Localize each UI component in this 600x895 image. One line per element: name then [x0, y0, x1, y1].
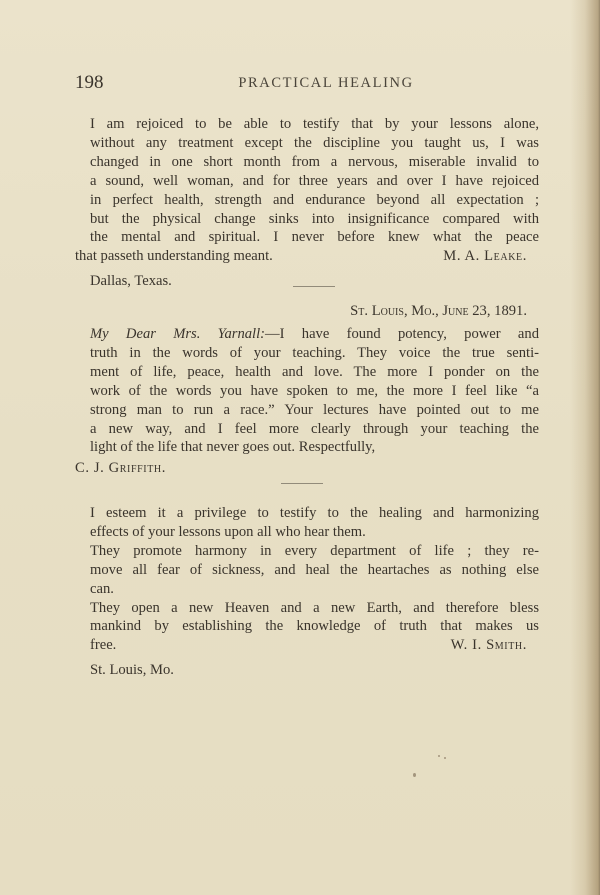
paragraph: I am rejoiced to be able to testify that… [75, 115, 539, 266]
text-line: I esteem it a privilege to testify to th… [75, 504, 539, 523]
text-line: a sound, well woman, and for three years… [75, 172, 539, 191]
dateline: St. Louis, Mo., June 23, 1891. [75, 303, 527, 320]
signature: C. J. Griffith. [75, 460, 166, 476]
text-line: effects of your lessons upon all who hea… [75, 523, 539, 542]
text-line: I am rejoiced to be able to testify that… [75, 115, 539, 134]
text-line: light of the life that never goes out. R… [75, 438, 539, 457]
separator-rule [293, 286, 335, 287]
text-line: move all fear of sickness, and heal the … [75, 561, 539, 580]
paragraph: They promote harmony in every department… [75, 542, 539, 599]
signature: W. I. Smith. [436, 636, 527, 655]
text-line: mankind by establishing the knowledge of… [75, 617, 539, 636]
paper-speck [438, 755, 440, 757]
text-line: ment of life, peace, health and love. Th… [75, 363, 539, 382]
text-line: They promote harmony in every department… [75, 542, 539, 561]
paragraph: My Dear Mrs. Yarnall:—I have found poten… [75, 325, 539, 457]
testimonial-griffith: My Dear Mrs. Yarnall:—I have found poten… [75, 325, 539, 478]
text-line: without any treatment except the discipl… [75, 134, 539, 153]
place-line: Dallas, Texas. [90, 272, 539, 291]
text-line: a new way, and I feel more clearly throu… [75, 420, 539, 439]
text-line: strong man to run a race.” Your lectures… [75, 401, 539, 420]
text-line: They open a new Heaven and a new Earth, … [75, 599, 539, 618]
paper-speck [444, 757, 446, 759]
salutation: My Dear Mrs. Yarnall: [90, 326, 265, 342]
text-line: but the physical change sinks into insig… [75, 210, 539, 229]
signature-row: C. J. Griffith. [75, 459, 539, 478]
text-line-content: that passeth understanding meant. [75, 248, 273, 264]
text-line: free.W. I. Smith. [75, 636, 539, 655]
paper-speck [413, 773, 416, 777]
paragraph: They open a new Heaven and a new Earth, … [75, 599, 539, 656]
text-line: truth in the words of your teaching. The… [75, 344, 539, 363]
paragraph: I esteem it a privilege to testify to th… [75, 504, 539, 542]
book-page: 198 PRACTICAL HEALING I am rejoiced to b… [0, 0, 600, 895]
running-head: 198 PRACTICAL HEALING [75, 72, 545, 98]
text-line: work of the words you have spoken to me,… [75, 382, 539, 401]
testimonial-smith: I esteem it a privilege to testify to th… [75, 504, 539, 680]
text-line-content: —I have found potency, power and [265, 326, 539, 342]
text-line: My Dear Mrs. Yarnall:—I have found poten… [75, 325, 539, 344]
text-line: that passeth understanding meant.M. A. L… [75, 247, 539, 266]
text-line: the mental and spiritual. I never before… [75, 228, 539, 247]
text-line-content: free. [90, 637, 116, 653]
testimonial-leake: I am rejoiced to be able to testify that… [75, 115, 539, 291]
running-title: PRACTICAL HEALING [75, 75, 545, 92]
text-line: in perfect health, strength and enduranc… [75, 191, 539, 210]
separator-rule [281, 483, 323, 484]
text-line: changed in one short month from a nervou… [75, 153, 539, 172]
signature: M. A. Leake. [443, 247, 527, 266]
place-line: St. Louis, Mo. [90, 661, 539, 680]
text-line: can. [75, 580, 539, 599]
